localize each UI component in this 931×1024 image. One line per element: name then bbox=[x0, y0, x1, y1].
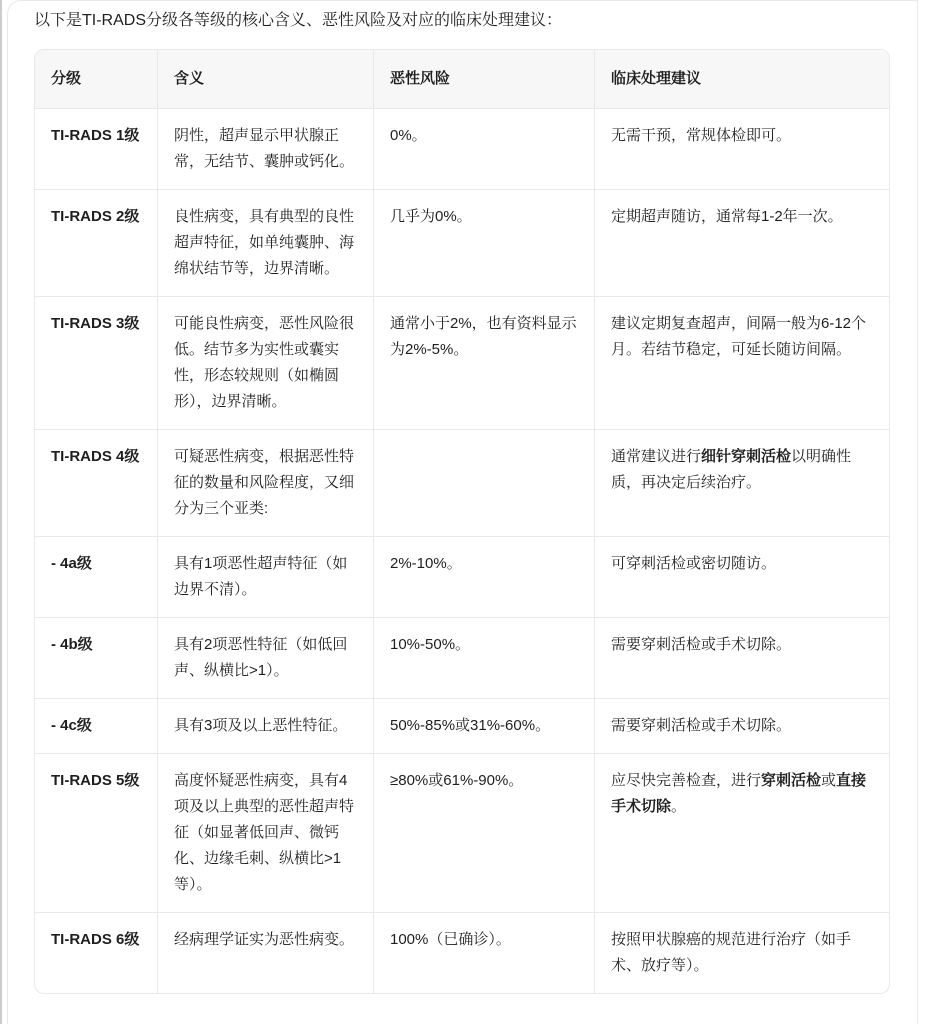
table-row: - 4a级具有1项恶性超声特征（如边界不清）。2%-10%。可穿刺活检或密切随访… bbox=[35, 536, 889, 617]
cell-text: 良性病变，具有典型的良性超声特征，如单纯囊肿、海绵状结节等，边界清晰。 bbox=[174, 208, 354, 277]
meaning-cell: 可能良性病变，恶性风险很低。结节多为实性或囊实性，形态较规则（如椭圆形），边界清… bbox=[157, 296, 373, 429]
emphasized-text: 细针穿刺活检 bbox=[701, 448, 791, 465]
cell-text: 10%-50%。 bbox=[390, 636, 470, 653]
cell-text: - 4a级 bbox=[51, 555, 92, 572]
column-header-grade: 分级 bbox=[35, 50, 157, 108]
message-content-card: 以下是TI-RADS分级各等级的核心含义、恶性风险及对应的临床处理建议： 分级 … bbox=[7, 0, 918, 1024]
advice-cell: 应尽快完善检查，进行穿刺活检或直接手术切除。 bbox=[594, 753, 889, 912]
meaning-cell: 经病理学证实为恶性病变。 bbox=[157, 912, 373, 993]
grade-cell: TI-RADS 3级 bbox=[35, 296, 157, 429]
table-row: TI-RADS 2级良性病变，具有典型的良性超声特征，如单纯囊肿、海绵状结节等，… bbox=[35, 189, 889, 296]
emphasized-text: 穿刺活检 bbox=[761, 772, 821, 789]
cell-text: 可能良性病变，恶性风险很低。结节多为实性或囊实性，形态较规则（如椭圆形），边界清… bbox=[174, 315, 354, 410]
cell-text: 100%（已确诊）。 bbox=[390, 931, 511, 948]
advice-cell: 无需干预，常规体检即可。 bbox=[594, 108, 889, 189]
grade-cell: TI-RADS 5级 bbox=[35, 753, 157, 912]
table-row: TI-RADS 4级可疑恶性病变，根据恶性特征的数量和风险程度，又细分为三个亚类… bbox=[35, 429, 889, 536]
table-body: TI-RADS 1级阴性，超声显示甲状腺正常，无结节、囊肿或钙化。0%。无需干预… bbox=[35, 108, 889, 993]
cell-text: 需要穿刺活检或手术切除。 bbox=[611, 717, 791, 734]
advice-cell: 通常建议进行细针穿刺活检以明确性质，再决定后续治疗。 bbox=[594, 429, 889, 536]
cell-text: TI-RADS 4级 bbox=[51, 448, 139, 465]
grade-cell: - 4b级 bbox=[35, 617, 157, 698]
cell-text: - 4c级 bbox=[51, 717, 92, 734]
meaning-cell: 可疑恶性病变，根据恶性特征的数量和风险程度，又细分为三个亚类: bbox=[157, 429, 373, 536]
risk-cell bbox=[373, 429, 594, 536]
cell-text: 2%-10%。 bbox=[390, 555, 462, 572]
column-header-meaning: 含义 bbox=[157, 50, 373, 108]
advice-cell: 建议定期复查超声，间隔一般为6-12个月。若结节稳定，可延长随访间隔。 bbox=[594, 296, 889, 429]
meaning-cell: 良性病变，具有典型的良性超声特征，如单纯囊肿、海绵状结节等，边界清晰。 bbox=[157, 189, 373, 296]
table-row: - 4c级具有3项及以上恶性特征。50%-85%或31%-60%。需要穿刺活检或… bbox=[35, 698, 889, 753]
cell-text: 定期超声随访，通常每1-2年一次。 bbox=[611, 208, 843, 225]
meaning-cell: 阴性，超声显示甲状腺正常，无结节、囊肿或钙化。 bbox=[157, 108, 373, 189]
column-header-advice: 临床处理建议 bbox=[594, 50, 889, 108]
cell-text: TI-RADS 6级 bbox=[51, 931, 139, 948]
cell-text: TI-RADS 1级 bbox=[51, 127, 139, 144]
advice-cell: 定期超声随访，通常每1-2年一次。 bbox=[594, 189, 889, 296]
cell-text: TI-RADS 3级 bbox=[51, 315, 139, 332]
meaning-cell: 高度怀疑恶性病变，具有4项及以上典型的恶性超声特征（如显著低回声、微钙化、边缘毛… bbox=[157, 753, 373, 912]
meaning-cell: 具有1项恶性超声特征（如边界不清）。 bbox=[157, 536, 373, 617]
cell-text: 通常建议进行 bbox=[611, 448, 701, 465]
cell-text: 0%。 bbox=[390, 127, 427, 144]
table-header: 分级 含义 恶性风险 临床处理建议 bbox=[35, 50, 889, 108]
window-edge-strip bbox=[0, 0, 2, 1024]
risk-cell: 100%（已确诊）。 bbox=[373, 912, 594, 993]
cell-text: TI-RADS 5级 bbox=[51, 772, 139, 789]
cell-text: 按照甲状腺癌的规范进行治疗（如手术、放疗等）。 bbox=[611, 931, 851, 974]
cell-text: 可疑恶性病变，根据恶性特征的数量和风险程度，又细分为三个亚类: bbox=[174, 448, 354, 517]
meaning-cell: 具有2项恶性特征（如低回声、纵横比>1）。 bbox=[157, 617, 373, 698]
cell-text: 50%-85%或31%-60%。 bbox=[390, 717, 550, 734]
grade-cell: TI-RADS 1级 bbox=[35, 108, 157, 189]
table-row: TI-RADS 6级经病理学证实为恶性病变。100%（已确诊）。按照甲状腺癌的规… bbox=[35, 912, 889, 993]
meaning-cell: 具有3项及以上恶性特征。 bbox=[157, 698, 373, 753]
header-row: 分级 含义 恶性风险 临床处理建议 bbox=[35, 50, 889, 108]
grade-cell: TI-RADS 6级 bbox=[35, 912, 157, 993]
cell-text: 几乎为0%。 bbox=[390, 208, 472, 225]
advice-cell: 可穿刺活检或密切随访。 bbox=[594, 536, 889, 617]
table-row: - 4b级具有2项恶性特征（如低回声、纵横比>1）。10%-50%。需要穿刺活检… bbox=[35, 617, 889, 698]
cell-text: 具有1项恶性超声特征（如边界不清）。 bbox=[174, 555, 347, 598]
cell-text: 经病理学证实为恶性病变。 bbox=[174, 931, 354, 948]
cell-text: 。 bbox=[671, 798, 686, 815]
cell-text: 应尽快完善检查，进行 bbox=[611, 772, 761, 789]
risk-cell: 50%-85%或31%-60%。 bbox=[373, 698, 594, 753]
cell-text: - 4b级 bbox=[51, 636, 93, 653]
cell-text: 具有2项恶性特征（如低回声、纵横比>1）。 bbox=[174, 636, 347, 679]
risk-cell: 10%-50%。 bbox=[373, 617, 594, 698]
risk-cell: 通常小于2%，也有资料显示为2%-5%。 bbox=[373, 296, 594, 429]
cell-text: 阴性，超声显示甲状腺正常，无结节、囊肿或钙化。 bbox=[174, 127, 354, 170]
cell-text: 需要穿刺活检或手术切除。 bbox=[611, 636, 791, 653]
cell-text: 建议定期复查超声，间隔一般为6-12个月。若结节稳定，可延长随访间隔。 bbox=[611, 315, 866, 358]
tirads-table: 分级 含义 恶性风险 临床处理建议 TI-RADS 1级阴性，超声显示甲状腺正常… bbox=[34, 49, 890, 994]
cell-text: 或 bbox=[821, 772, 836, 789]
cell-text: TI-RADS 2级 bbox=[51, 208, 139, 225]
cell-text: 具有3项及以上恶性特征。 bbox=[174, 717, 347, 734]
grade-cell: TI-RADS 4级 bbox=[35, 429, 157, 536]
risk-cell: 2%-10%。 bbox=[373, 536, 594, 617]
advice-cell: 按照甲状腺癌的规范进行治疗（如手术、放疗等）。 bbox=[594, 912, 889, 993]
advice-cell: 需要穿刺活检或手术切除。 bbox=[594, 698, 889, 753]
advice-cell: 需要穿刺活检或手术切除。 bbox=[594, 617, 889, 698]
cell-text: 高度怀疑恶性病变，具有4项及以上典型的恶性超声特征（如显著低回声、微钙化、边缘毛… bbox=[174, 772, 354, 893]
cell-text: 无需干预，常规体检即可。 bbox=[611, 127, 791, 144]
intro-text: 以下是TI-RADS分级各等级的核心含义、恶性风险及对应的临床处理建议： bbox=[34, 8, 917, 34]
grade-cell: TI-RADS 2级 bbox=[35, 189, 157, 296]
table-row: TI-RADS 1级阴性，超声显示甲状腺正常，无结节、囊肿或钙化。0%。无需干预… bbox=[35, 108, 889, 189]
table-row: TI-RADS 5级高度怀疑恶性病变，具有4项及以上典型的恶性超声特征（如显著低… bbox=[35, 753, 889, 912]
grade-cell: - 4a级 bbox=[35, 536, 157, 617]
cell-text: 通常小于2%，也有资料显示为2%-5%。 bbox=[390, 315, 577, 358]
column-header-risk: 恶性风险 bbox=[373, 50, 594, 108]
cell-text: ≥80%或61%-90%。 bbox=[390, 772, 523, 789]
grade-cell: - 4c级 bbox=[35, 698, 157, 753]
risk-cell: 几乎为0%。 bbox=[373, 189, 594, 296]
risk-cell: ≥80%或61%-90%。 bbox=[373, 753, 594, 912]
table-row: TI-RADS 3级可能良性病变，恶性风险很低。结节多为实性或囊实性，形态较规则… bbox=[35, 296, 889, 429]
risk-cell: 0%。 bbox=[373, 108, 594, 189]
cell-text: 可穿刺活检或密切随访。 bbox=[611, 555, 776, 572]
